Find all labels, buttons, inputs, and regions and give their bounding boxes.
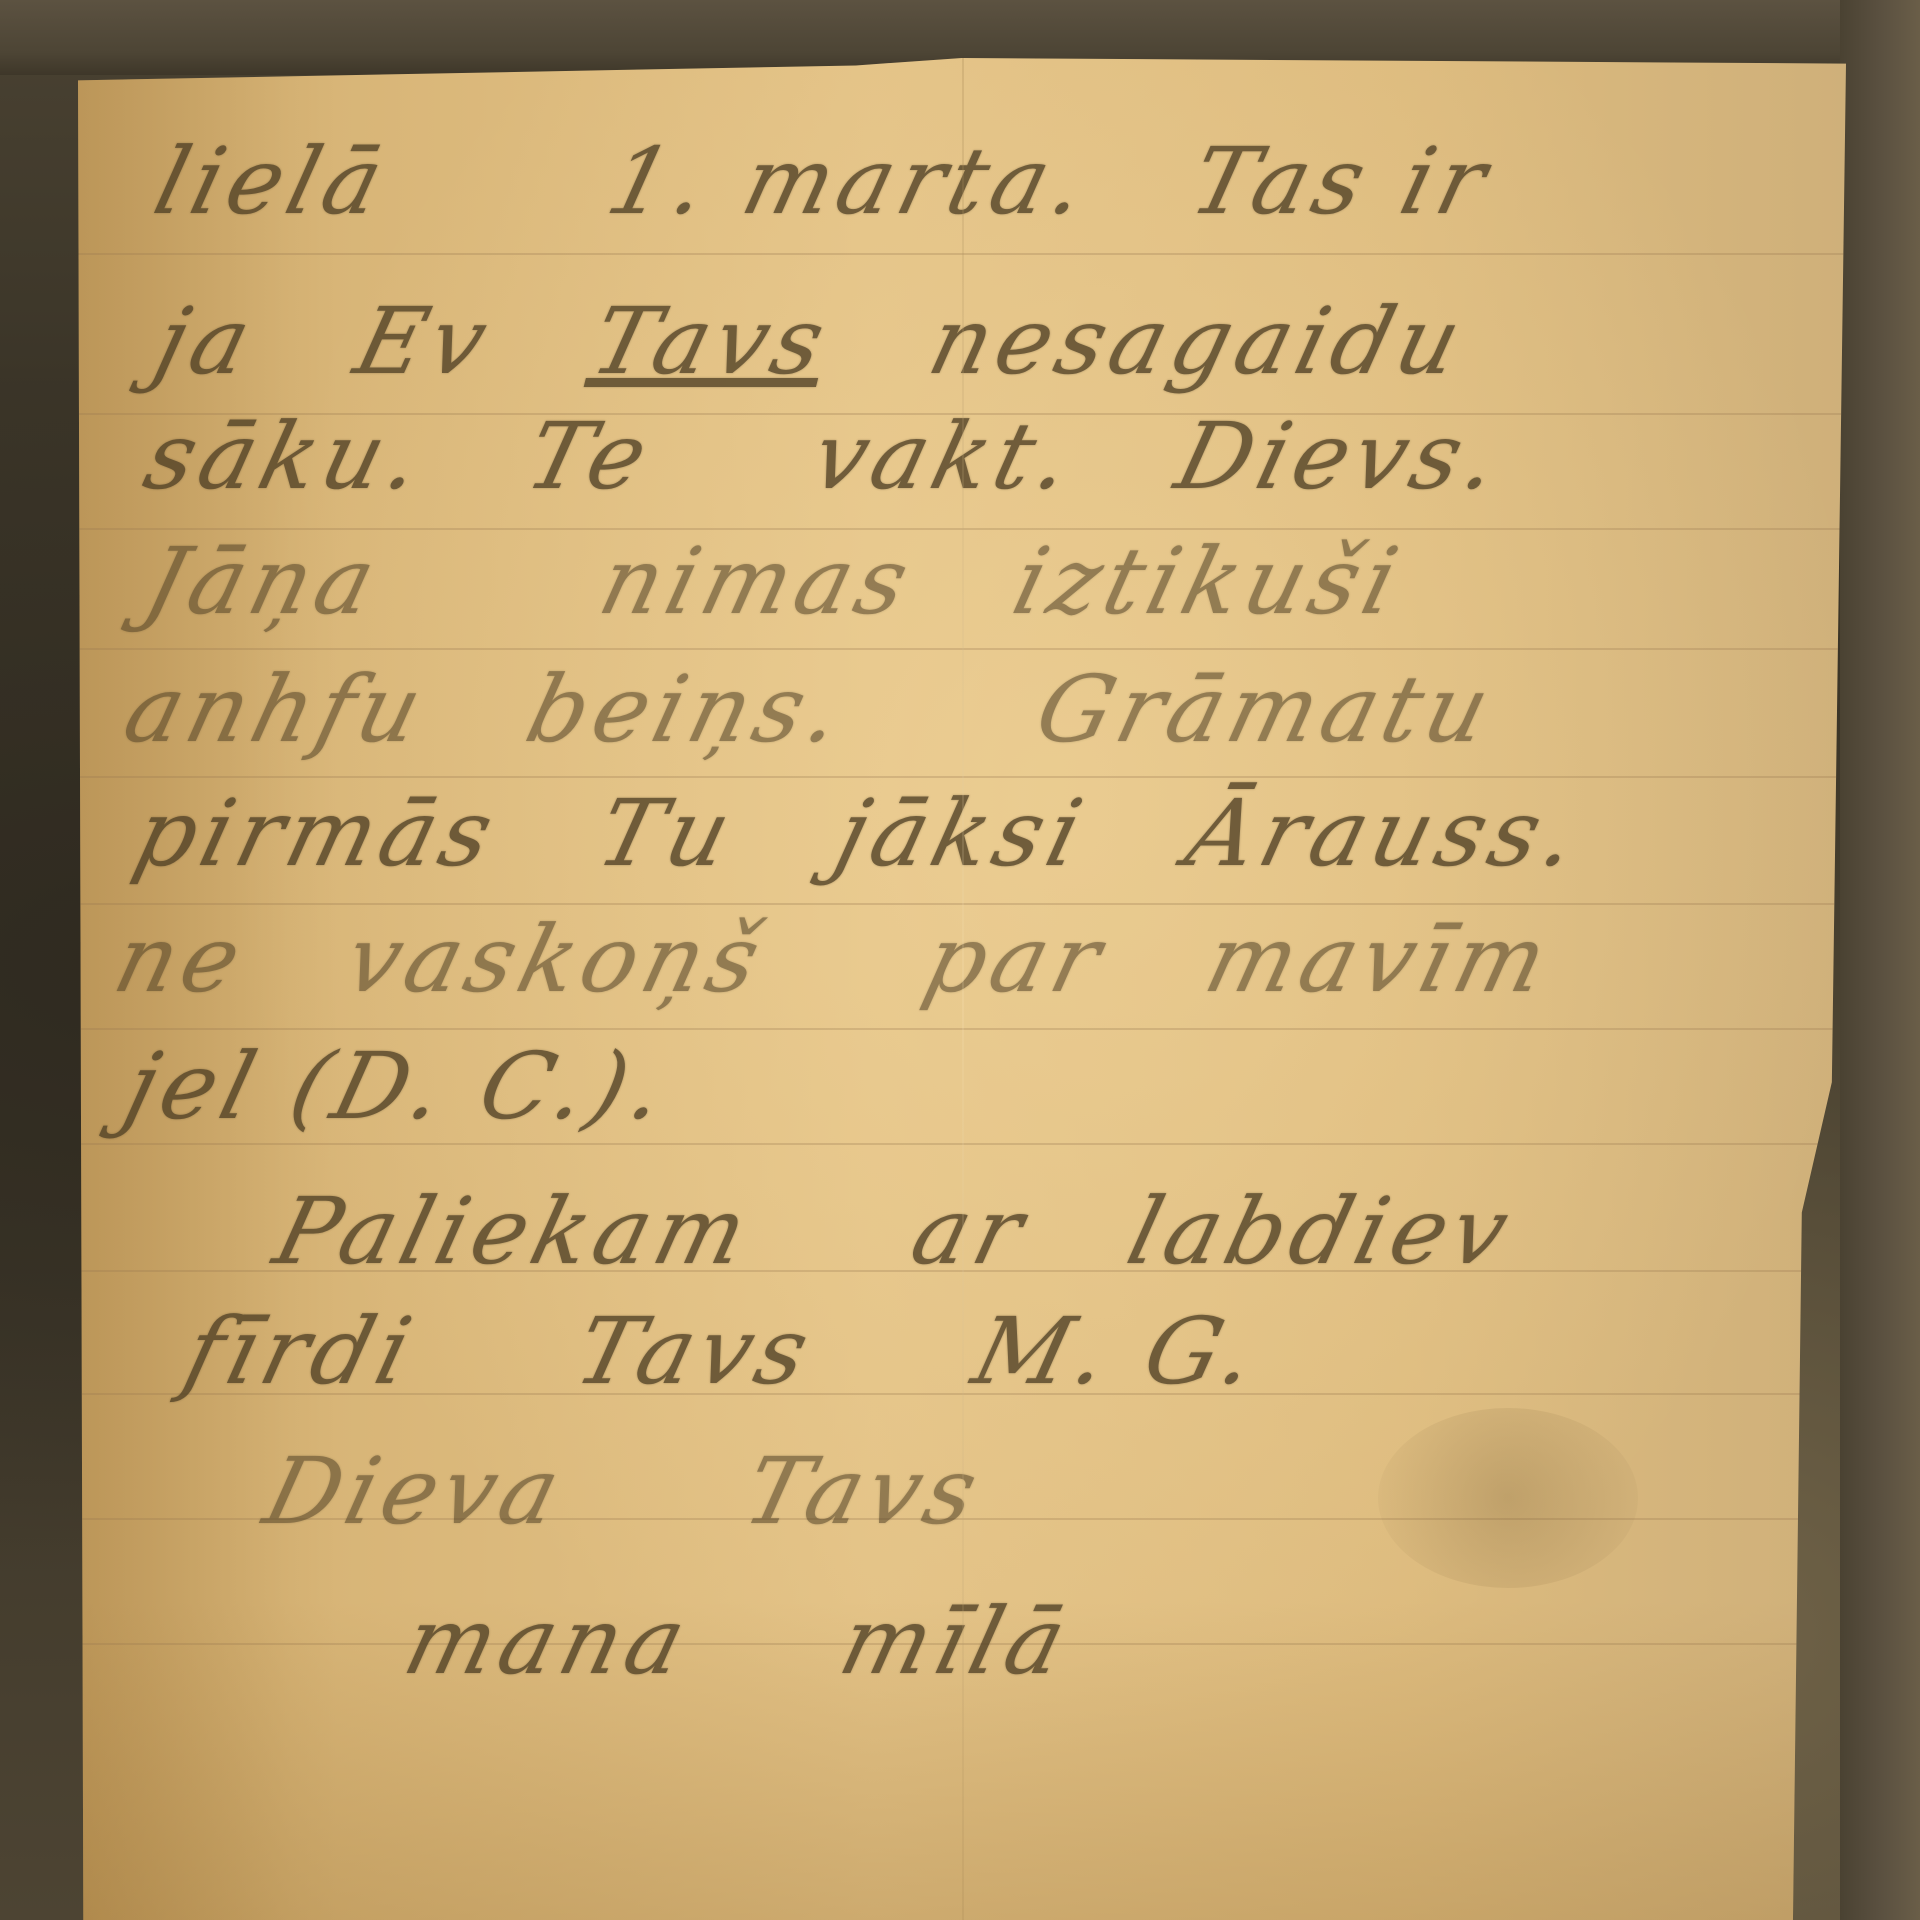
word: iztikuši: [1003, 528, 1414, 635]
word: nimas: [590, 528, 925, 635]
paper-shadow-bottom: [78, 1600, 1846, 1920]
letter-line-10: fīrdi Tavs M. G.: [175, 1298, 1342, 1405]
paper-stain: [1378, 1408, 1638, 1588]
ruled-line: [78, 1143, 1846, 1145]
word: Tavs: [734, 1438, 993, 1545]
ruled-line: [78, 648, 1846, 650]
word: pirmās: [125, 780, 509, 887]
word: Ārauss.: [1176, 780, 1593, 887]
word-underlined: Tavs: [582, 288, 841, 395]
word: Te: [516, 403, 663, 510]
letter-paper: lielā 1. marta. Tas ir ja Ev Tavs nesaga…: [78, 58, 1846, 1920]
word: lielā: [145, 128, 399, 235]
word: ja: [145, 288, 267, 395]
word: Grāmatu: [1026, 656, 1505, 763]
ruled-line: [78, 253, 1846, 255]
word: Paliekam: [265, 1178, 763, 1285]
word: beiņs.: [517, 656, 858, 763]
word: mavīm: [1195, 906, 1562, 1013]
word: par: [915, 906, 1117, 1013]
letter-line-11: Dieva Tavs: [255, 1438, 1064, 1545]
word: 1. marta.: [597, 128, 1102, 235]
word: Ev: [345, 288, 503, 395]
letter-line-6: pirmās Tu jāksi Ārauss.: [125, 780, 1664, 887]
word: fīrdi: [175, 1298, 427, 1405]
letter-line-8: jel (D. C.).: [115, 1033, 752, 1140]
word: mana: [395, 1588, 702, 1695]
letter-line-2: ja Ev Tavs nesagaidu: [145, 288, 1547, 395]
word: nesagaidu: [919, 288, 1477, 395]
ruled-line: [78, 1643, 1846, 1645]
letter-line-12: mana mīlā: [395, 1588, 1152, 1695]
table-surface-right: [1840, 0, 1920, 1920]
ruled-line: [78, 776, 1846, 778]
letter-line-9: Paliekam ar labdiev: [265, 1178, 1595, 1285]
word: labdiev: [1118, 1178, 1525, 1285]
word: sāku.: [135, 403, 438, 510]
word: anhfu: [115, 656, 438, 763]
word: mīlā: [830, 1588, 1082, 1695]
word: Tas ir: [1181, 128, 1503, 235]
ruled-line: [78, 1028, 1846, 1030]
letter-line-1: lielā 1. marta. Tas ir: [145, 128, 1573, 235]
word: jāksi: [825, 780, 1097, 887]
signature-initials: M. G.: [963, 1298, 1272, 1405]
ruled-line: [78, 903, 1846, 905]
word: jel (D. C.).: [115, 1033, 682, 1140]
word: Tavs: [566, 1298, 825, 1405]
word: vaskoņš: [336, 906, 776, 1013]
word: vakt.: [802, 403, 1087, 510]
letter-line-5: anhfu beiņs. Grāmatu: [115, 656, 1576, 763]
word: Dieva: [255, 1438, 576, 1545]
word: ne: [105, 906, 257, 1013]
letter-line-4: Jāņa nimas iztikuši: [135, 528, 1484, 635]
letter-line-7: ne vaskoņš par mavīm: [105, 906, 1633, 1013]
letter-line-3: sāku. Te vakt. Dievs.: [135, 403, 1585, 510]
word: Jāņa: [135, 528, 392, 635]
word: ar: [902, 1178, 1040, 1285]
word: Dievs.: [1166, 403, 1515, 510]
word: Tu: [588, 780, 747, 887]
